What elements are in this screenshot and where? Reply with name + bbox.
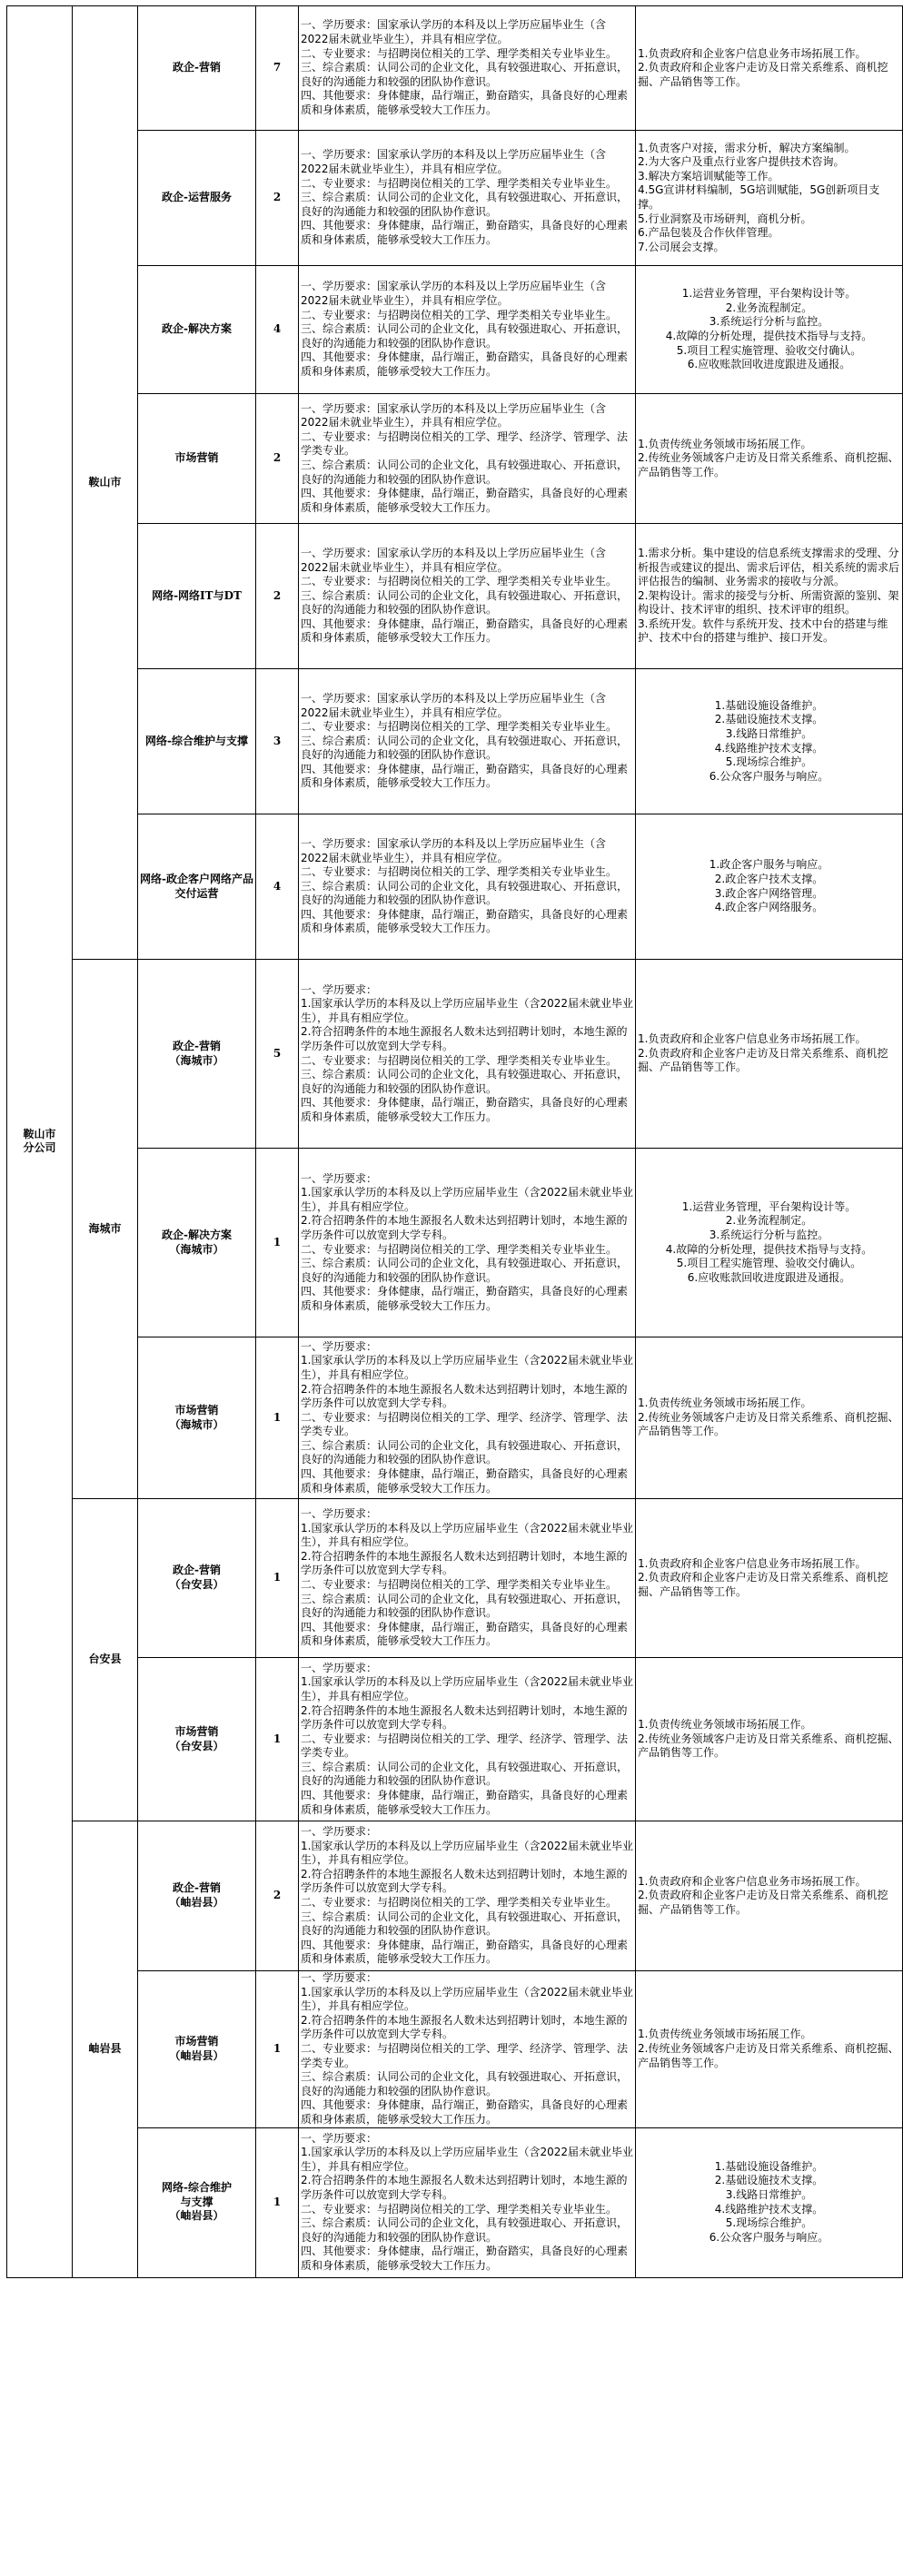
post-name-cell: 政企-营销	[138, 6, 256, 131]
headcount-cell: 2	[256, 131, 299, 266]
requirements-cell: 一、学历要求：国家承认学历的本科及以上学历应届毕业生（含2022届未就业毕业生）…	[299, 524, 636, 669]
post-name-cell: 政企-解决方案	[138, 266, 256, 394]
post-name-cell: 市场营销 （台安县）	[138, 1658, 256, 1821]
requirements-cell: 一、学历要求： 1.国家承认学历的本科及以上学历应届毕业生（含2022届未就业毕…	[299, 1658, 636, 1821]
post-name-cell: 政企-营销 （台安县）	[138, 1499, 256, 1658]
table-row: 网络-政企客户网络产品交付运营4一、学历要求：国家承认学历的本科及以上学历应届毕…	[7, 814, 903, 960]
requirements-cell: 一、学历要求： 1.国家承认学历的本科及以上学历应届毕业生（含2022届未就业毕…	[299, 1499, 636, 1658]
requirements-cell: 一、学历要求：国家承认学历的本科及以上学历应届毕业生（含2022届未就业毕业生）…	[299, 669, 636, 814]
headcount-cell: 4	[256, 814, 299, 960]
area-cell: 海城市	[73, 960, 138, 1499]
headcount-cell: 2	[256, 524, 299, 669]
duties-cell: 1.运营业务管理，平台架构设计等。 2.业务流程制定。 3.系统运行分析与监控。…	[636, 266, 903, 394]
table-row: 政企-解决方案 （海城市）1一、学历要求： 1.国家承认学历的本科及以上学历应届…	[7, 1149, 903, 1337]
org-cell: 鞍山市 分公司	[7, 6, 73, 2278]
headcount-cell: 1	[256, 1499, 299, 1658]
post-name-cell: 市场营销	[138, 394, 256, 524]
table-row: 鞍山市 分公司鞍山市政企-营销7一、学历要求：国家承认学历的本科及以上学历应届毕…	[7, 6, 903, 131]
duties-cell: 1.负责传统业务领域市场拓展工作。 2.传统业务领域客户走访及日常关系维系、商机…	[636, 1658, 903, 1821]
post-name-cell: 网络-政企客户网络产品交付运营	[138, 814, 256, 960]
duties-cell: 1.负责传统业务领域市场拓展工作。 2.传统业务领域客户走访及日常关系维系、商机…	[636, 1971, 903, 2128]
duties-cell: 1.负责传统业务领域市场拓展工作。 2.传统业务领域客户走访及日常关系维系、商机…	[636, 1337, 903, 1499]
requirements-cell: 一、学历要求： 1.国家承认学历的本科及以上学历应届毕业生（含2022届未就业毕…	[299, 2127, 636, 2277]
duties-cell: 1.负责政府和企业客户信息业务市场拓展工作。 2.负责政府和企业客户走访及日常关…	[636, 1821, 903, 1971]
headcount-cell: 2	[256, 1821, 299, 1971]
headcount-cell: 7	[256, 6, 299, 131]
table-row: 市场营销2一、学历要求：国家承认学历的本科及以上学历应届毕业生（含2022届未就…	[7, 394, 903, 524]
duties-cell: 1.基础设施设备维护。 2.基础设施技术支撑。 3.线路日常维护。 4.线路维护…	[636, 2127, 903, 2277]
headcount-cell: 4	[256, 266, 299, 394]
duties-cell: 1.运营业务管理，平台架构设计等。 2.业务流程制定。 3.系统运行分析与监控。…	[636, 1149, 903, 1337]
requirements-cell: 一、学历要求： 1.国家承认学历的本科及以上学历应届毕业生（含2022届未就业毕…	[299, 1971, 636, 2128]
requirements-cell: 一、学历要求：国家承认学历的本科及以上学历应届毕业生（含2022届未就业毕业生）…	[299, 131, 636, 266]
requirements-cell: 一、学历要求：国家承认学历的本科及以上学历应届毕业生（含2022届未就业毕业生）…	[299, 6, 636, 131]
headcount-cell: 1	[256, 1658, 299, 1821]
area-cell: 岫岩县	[73, 1821, 138, 2278]
duties-cell: 1.负责政府和企业客户信息业务市场拓展工作。 2.负责政府和企业客户走访及日常关…	[636, 960, 903, 1149]
requirements-cell: 一、学历要求：国家承认学历的本科及以上学历应届毕业生（含2022届未就业毕业生）…	[299, 266, 636, 394]
post-name-cell: 网络-综合维护 与支撑 （岫岩县）	[138, 2127, 256, 2277]
table-row: 政企-解决方案4一、学历要求：国家承认学历的本科及以上学历应届毕业生（含2022…	[7, 266, 903, 394]
duties-cell: 1.负责政府和企业客户信息业务市场拓展工作。 2.负责政府和企业客户走访及日常关…	[636, 1499, 903, 1658]
table-row: 台安县政企-营销 （台安县）1一、学历要求： 1.国家承认学历的本科及以上学历应…	[7, 1499, 903, 1658]
recruitment-table: 鞍山市 分公司鞍山市政企-营销7一、学历要求：国家承认学历的本科及以上学历应届毕…	[6, 5, 903, 2278]
requirements-cell: 一、学历要求： 1.国家承认学历的本科及以上学历应届毕业生（含2022届未就业毕…	[299, 1149, 636, 1337]
headcount-cell: 1	[256, 1337, 299, 1499]
table-row: 市场营销 （岫岩县）1一、学历要求： 1.国家承认学历的本科及以上学历应届毕业生…	[7, 1971, 903, 2128]
duties-cell: 1.基础设施设备维护。 2.基础设施技术支撑。 3.线路日常维护。 4.线路维护…	[636, 669, 903, 814]
headcount-cell: 1	[256, 2127, 299, 2277]
table-row: 政企-运营服务2一、学历要求：国家承认学历的本科及以上学历应届毕业生（含2022…	[7, 131, 903, 266]
requirements-cell: 一、学历要求：国家承认学历的本科及以上学历应届毕业生（含2022届未就业毕业生）…	[299, 394, 636, 524]
duties-cell: 1.负责传统业务领域市场拓展工作。 2.传统业务领域客户走访及日常关系维系、商机…	[636, 394, 903, 524]
requirements-cell: 一、学历要求：国家承认学历的本科及以上学历应届毕业生（含2022届未就业毕业生）…	[299, 814, 636, 960]
duties-cell: 1.负责政府和企业客户信息业务市场拓展工作。 2.负责政府和企业客户走访及日常关…	[636, 6, 903, 131]
duties-cell: 1.需求分析。集中建设的信息系统支撑需求的受理、分析报告或建议的提出、需求后评估…	[636, 524, 903, 669]
table-row: 海城市政企-营销 （海城市）5一、学历要求： 1.国家承认学历的本科及以上学历应…	[7, 960, 903, 1149]
post-name-cell: 网络-网络IT与DT	[138, 524, 256, 669]
post-name-cell: 政企-营销 （海城市）	[138, 960, 256, 1149]
post-name-cell: 市场营销 （海城市）	[138, 1337, 256, 1499]
table-row: 市场营销 （台安县）1一、学历要求： 1.国家承认学历的本科及以上学历应届毕业生…	[7, 1658, 903, 1821]
table-row: 岫岩县政企-营销 （岫岩县）2一、学历要求： 1.国家承认学历的本科及以上学历应…	[7, 1821, 903, 1971]
duties-cell: 1.负责客户对接，需求分析，解决方案编制。 2.为大客户及重点行业客户提供技术咨…	[636, 131, 903, 266]
recruitment-table-body: 鞍山市 分公司鞍山市政企-营销7一、学历要求：国家承认学历的本科及以上学历应届毕…	[7, 6, 903, 2278]
post-name-cell: 政企-解决方案 （海城市）	[138, 1149, 256, 1337]
headcount-cell: 3	[256, 669, 299, 814]
headcount-cell: 5	[256, 960, 299, 1149]
headcount-cell: 1	[256, 1149, 299, 1337]
requirements-cell: 一、学历要求： 1.国家承认学历的本科及以上学历应届毕业生（含2022届未就业毕…	[299, 960, 636, 1149]
table-row: 网络-综合维护 与支撑 （岫岩县）1一、学历要求： 1.国家承认学历的本科及以上…	[7, 2127, 903, 2277]
post-name-cell: 网络-综合维护与支撑	[138, 669, 256, 814]
post-name-cell: 市场营销 （岫岩县）	[138, 1971, 256, 2128]
headcount-cell: 1	[256, 1971, 299, 2128]
duties-cell: 1.政企客户服务与响应。 2.政企客户技术支撑。 3.政企客户网络管理。 4.政…	[636, 814, 903, 960]
area-cell: 鞍山市	[73, 6, 138, 960]
table-row: 网络-网络IT与DT2一、学历要求：国家承认学历的本科及以上学历应届毕业生（含2…	[7, 524, 903, 669]
post-name-cell: 政企-营销 （岫岩县）	[138, 1821, 256, 1971]
table-row: 市场营销 （海城市）1一、学历要求： 1.国家承认学历的本科及以上学历应届毕业生…	[7, 1337, 903, 1499]
table-row: 网络-综合维护与支撑3一、学历要求：国家承认学历的本科及以上学历应届毕业生（含2…	[7, 669, 903, 814]
post-name-cell: 政企-运营服务	[138, 131, 256, 266]
headcount-cell: 2	[256, 394, 299, 524]
area-cell: 台安县	[73, 1499, 138, 1821]
requirements-cell: 一、学历要求： 1.国家承认学历的本科及以上学历应届毕业生（含2022届未就业毕…	[299, 1821, 636, 1971]
requirements-cell: 一、学历要求： 1.国家承认学历的本科及以上学历应届毕业生（含2022届未就业毕…	[299, 1337, 636, 1499]
